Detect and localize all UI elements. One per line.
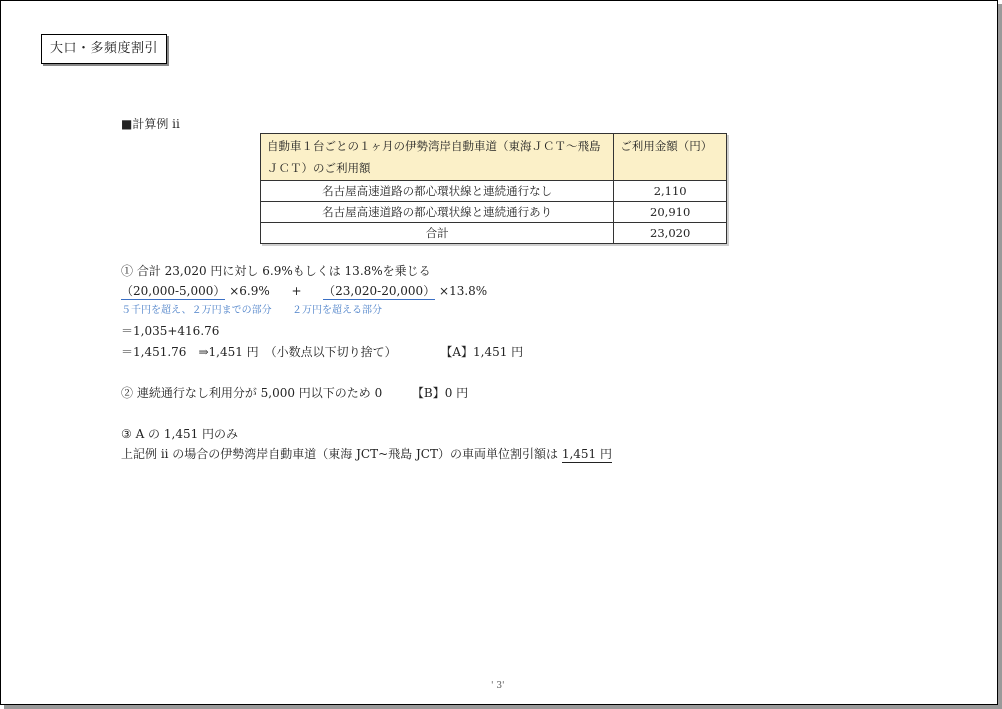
- usage-amount-table: 自動車１台ごとの１ヶ月の伊勢湾岸自動車道（東海ＪＣＴ～飛島ＪＣＴ）のご利用額 ご…: [260, 133, 727, 244]
- row-label: 名古屋高速道路の都心環状線と連続通行あり: [261, 202, 614, 223]
- step1-notes: ５千円を超え、２万円までの部分 ２万円を超える部分: [121, 303, 382, 319]
- row-label: 名古屋高速道路の都心環状線と連続通行なし: [261, 181, 614, 202]
- row-amount: 20,910: [614, 202, 727, 223]
- note-term-1: ５千円を超え、２万円までの部分: [121, 305, 272, 316]
- page-title: 大口・多頻度割引: [41, 34, 167, 64]
- formula-rate-2: ×13.8%: [439, 284, 487, 298]
- step2-text: ② 連続通行なし利用分が 5,000 円以下のため 0: [121, 386, 382, 400]
- step3-text: ③ A の 1,451 円のみ: [121, 426, 238, 442]
- step1-heading: ① 合計 23,020 円に対し 6.9%もしくは 13.8%を乗じる: [121, 263, 431, 279]
- row-amount: 2,110: [614, 181, 727, 202]
- step1-line4: ＝1,451.76 ⇒1,451 円 （小数点以下切り捨て） 【A】1,451 …: [121, 344, 523, 360]
- table-header-row: 自動車１台ごとの１ヶ月の伊勢湾岸自動車道（東海ＪＣＴ～飛島ＪＣＴ）のご利用額 ご…: [261, 134, 727, 181]
- step1-formula: （20,000-5,000） ×6.9% + （23,020-20,000） ×…: [121, 283, 487, 299]
- table-row: 名古屋高速道路の都心環状線と連続通行あり 20,910: [261, 202, 727, 223]
- formula-plus: +: [291, 284, 301, 298]
- step1-line3: ＝1,035+416.76: [121, 323, 219, 339]
- step1-line4-calc: ＝1,451.76 ⇒1,451 円 （小数点以下切り捨て）: [121, 345, 397, 359]
- table-header-usage: 自動車１台ごとの１ヶ月の伊勢湾岸自動車道（東海ＪＣＴ～飛島ＪＣＴ）のご利用額: [261, 134, 614, 181]
- summary-text: 上記例 ii の場合の伊勢湾岸自動車道（東海 JCT~飛島 JCT）の車両単位割…: [121, 447, 562, 461]
- result-b: 【B】0 円: [412, 386, 468, 400]
- step3-summary: 上記例 ii の場合の伊勢湾岸自動車道（東海 JCT~飛島 JCT）の車両単位割…: [121, 446, 612, 462]
- row-amount: 23,020: [614, 223, 727, 244]
- formula-rate-1: ×6.9%: [229, 284, 270, 298]
- section-label: ■計算例 ii: [121, 116, 180, 132]
- formula-term-1: （20,000-5,000）: [121, 284, 225, 300]
- formula-term-2: （23,020-20,000）: [323, 284, 435, 300]
- step2-line: ② 連続通行なし利用分が 5,000 円以下のため 0 【B】0 円: [121, 385, 468, 401]
- result-a: 【A】1,451 円: [440, 345, 523, 359]
- table-row: 名古屋高速道路の都心環状線と連続通行なし 2,110: [261, 181, 727, 202]
- note-term-2: ２万円を超える部分: [292, 305, 382, 316]
- document-page: 大口・多頻度割引 ■計算例 ii 自動車１台ごとの１ヶ月の伊勢湾岸自動車道（東海…: [0, 0, 998, 705]
- summary-value: 1,451 円: [562, 447, 612, 463]
- row-label: 合計: [261, 223, 614, 244]
- page-number: ' 3': [491, 681, 505, 691]
- table-header-amount: ご利用金額（円）: [614, 134, 727, 181]
- table-row-total: 合計 23,020: [261, 223, 727, 244]
